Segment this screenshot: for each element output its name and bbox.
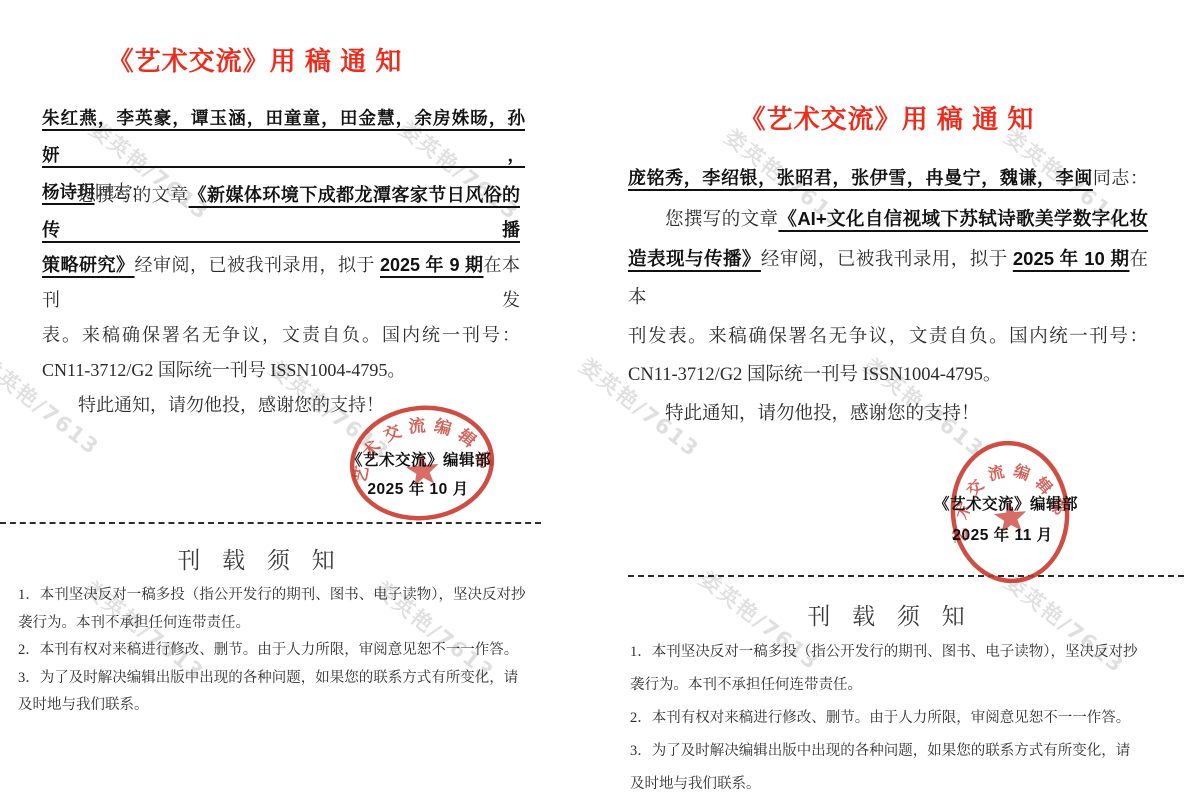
issn-line: CN11-3712/G2 国际统一刊号 ISSN1004-4795。 bbox=[628, 356, 1148, 395]
notice-item-line: 2．本刊有权对来稿进行修改、删节。由于人力所限，审阅意见恕不一一作答。 bbox=[18, 637, 534, 665]
notice-item-line: 3．为了及时解决编辑出版中出现的各种问题，如果您的联系方式有所变化，请 bbox=[18, 665, 534, 693]
notice-items-right: 1．本刊坚决反对一稿多投（指公开发行的期刊、图书、电子读物），坚决反对抄 袭行为… bbox=[630, 636, 1150, 801]
article-title: 《AI+文化自信视域下苏轼诗歌美学数字化妆 bbox=[778, 208, 1148, 229]
stamp-dept-label: 《艺术交流》编辑部 bbox=[338, 448, 500, 470]
notice-body-right: 您撰写的文章《AI+文化自信视域下苏轼诗歌美学数字化妆 造表现与传播》经审阅，已… bbox=[628, 200, 1148, 433]
addressees-right: 庞铭秀，李绍银，张昭君，张伊雪，冉曼宁，魏谦，李闽同志： bbox=[628, 160, 1148, 197]
issue-date: 2025 年 10 期 bbox=[1013, 248, 1130, 269]
dashed-divider-right bbox=[628, 575, 1184, 577]
notice-section-heading: 刊 载 须 知 bbox=[20, 542, 500, 575]
notice-item-line: 1．本刊坚决反对一稿多投（指公开发行的期刊、图书、电子读物），坚决反对抄 bbox=[630, 636, 1150, 669]
doc-title-right: 《艺术交流》用 稿 通 知 bbox=[662, 99, 1112, 136]
notice-section-heading: 刊 载 须 知 bbox=[630, 598, 1150, 631]
addressee-line: 朱红燕，李英豪，谭玉涵，田童童，田金慧，余房姝旸，孙妍， bbox=[42, 100, 525, 174]
issue-date: 2025 年 9 期 bbox=[380, 255, 484, 275]
notice-item-line: 及时地与我们联系。 bbox=[630, 768, 1150, 801]
notice-item-line: 及时地与我们联系。 bbox=[18, 692, 534, 720]
body-text: 经审阅，已被我刊录用，拟于 bbox=[135, 255, 380, 275]
issn-line: CN11-3712/G2 国际统一刊号 ISSN1004-4795。 bbox=[42, 353, 520, 388]
notice-item-line: 3．为了及时解决编辑出版中出现的各种问题，如果您的联系方式有所变化，请 bbox=[630, 735, 1150, 768]
notice-body-left: 您撰写的文章《新媒体环境下成都龙潭客家节日风俗的传播 策略研究》经审阅，已被我刊… bbox=[42, 178, 520, 423]
body-text: 经审阅，已被我刊录用，拟于 bbox=[761, 250, 1013, 270]
body-text: 您撰写的文章 bbox=[665, 210, 778, 230]
article-title: 造表现与传播》 bbox=[628, 248, 761, 269]
closing-line: 特此通知，请勿他投，感谢您的支持！ bbox=[628, 395, 1148, 434]
article-title: 策略研究》 bbox=[42, 255, 135, 275]
notice-item-line: 袭行为。本刊不承担任何连带责任。 bbox=[18, 610, 534, 638]
notice-item-line: 袭行为。本刊不承担任何连带责任。 bbox=[630, 669, 1150, 702]
body-line: 您撰写的文章《AI+文化自信视域下苏轼诗歌美学数字化妆 bbox=[628, 200, 1148, 240]
doc-title-left: 《艺术交流》用 稿 通 知 bbox=[35, 41, 475, 78]
body-text: 您撰写的文章 bbox=[78, 185, 189, 205]
body-line: 策略研究》经审阅，已被我刊录用，拟于 2025 年 9 期在本刊发 bbox=[42, 248, 520, 318]
notice-item-line: 1．本刊坚决反对一稿多投（指公开发行的期刊、图书、电子读物），坚决反对抄 bbox=[18, 582, 534, 610]
body-line: 表。来稿确保署名无争议，文责自负。国内统一刊号： bbox=[42, 318, 520, 353]
notice-items-left: 1．本刊坚决反对一稿多投（指公开发行的期刊、图书、电子读物），坚决反对抄 袭行为… bbox=[18, 582, 534, 720]
addressee-suffix: 同志： bbox=[1093, 168, 1148, 188]
addressee-line: 庞铭秀，李绍银，张昭君，张伊雪，冉曼宁，魏谦，李闽同志： bbox=[628, 160, 1148, 197]
stamp-dept-label: 《艺术交流》编辑部 bbox=[926, 492, 1086, 514]
scanned-notices-page: 娄英艳/7613娄英艳/7613娄英艳/7613娄英艳/7613娄英艳/7613… bbox=[0, 0, 1184, 808]
addressee-names: 庞铭秀，李绍银，张昭君，张伊雪，冉曼宁，魏谦，李闽 bbox=[628, 168, 1093, 188]
body-line: 刊发表。来稿确保署名无争议，文责自负。国内统一刊号： bbox=[628, 318, 1148, 357]
body-line: 您撰写的文章《新媒体环境下成都龙潭客家节日风俗的传播 bbox=[42, 178, 520, 248]
addressee-names: 朱红燕，李英豪，谭玉涵，田童童，田金慧，余房姝旸，孙妍， bbox=[42, 108, 525, 165]
stamp-date: 2025 年 11 月 bbox=[930, 523, 1075, 545]
body-line: 造表现与传播》经审阅，已被我刊录用，拟于 2025 年 10 期在本 bbox=[628, 240, 1148, 318]
notice-item-line: 2．本刊有权对来稿进行修改、删节。由于人力所限，审阅意见恕不一一作答。 bbox=[630, 702, 1150, 735]
stamp-date: 2025 年 10 月 bbox=[348, 477, 488, 499]
